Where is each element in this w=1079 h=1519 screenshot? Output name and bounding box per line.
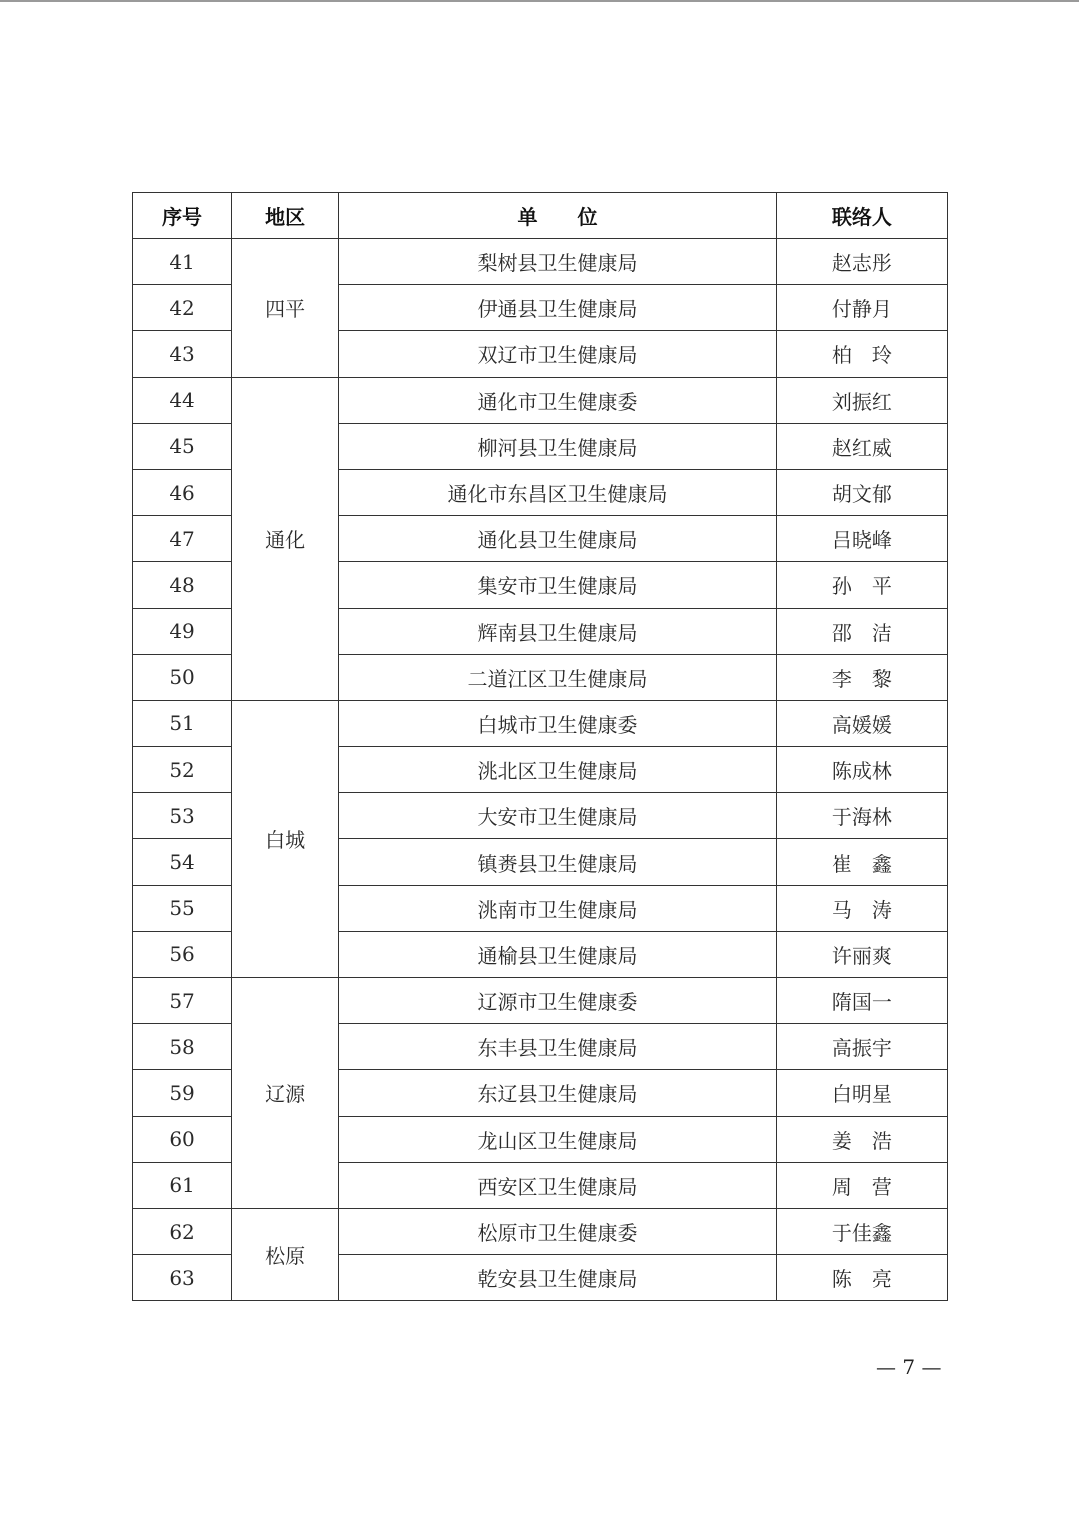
cell-no: 63 [133,1255,232,1301]
table-row: 57辽源辽源市卫生健康委隋国一 [133,978,948,1024]
cell-contact: 付静月 [776,285,947,331]
cell-unit: 西安区卫生健康局 [339,1162,777,1208]
cell-no: 43 [133,331,232,377]
cell-unit: 集安市卫生健康局 [339,562,777,608]
cell-no: 50 [133,654,232,700]
cell-no: 46 [133,469,232,515]
cell-no: 56 [133,931,232,977]
cell-contact: 赵志彤 [776,239,947,285]
cell-contact: 隋国一 [776,978,947,1024]
table-header-row: 序号 地区 单 位 联络人 [133,193,948,239]
cell-contact: 高振宇 [776,1024,947,1070]
cell-no: 60 [133,1116,232,1162]
cell-no: 47 [133,516,232,562]
cell-unit: 通化市东昌区卫生健康局 [339,469,777,515]
cell-unit: 柳河县卫生健康局 [339,423,777,469]
cell-no: 52 [133,747,232,793]
page-top-rule [0,0,1079,2]
cell-no: 54 [133,839,232,885]
cell-contact: 刘振红 [776,377,947,423]
cell-region: 辽源 [232,978,339,1209]
cell-contact: 许丽爽 [776,931,947,977]
cell-unit: 洮北区卫生健康局 [339,747,777,793]
page-number: — 7 — [876,1355,941,1379]
cell-contact: 白明星 [776,1070,947,1116]
header-unit: 单 位 [339,193,777,239]
cell-unit: 大安市卫生健康局 [339,793,777,839]
cell-unit: 辽源市卫生健康委 [339,978,777,1024]
cell-unit: 洮南市卫生健康局 [339,885,777,931]
cell-unit: 二道江区卫生健康局 [339,654,777,700]
cell-contact: 陈 亮 [776,1255,947,1301]
cell-contact: 赵红威 [776,423,947,469]
cell-contact: 于海林 [776,793,947,839]
table-row: 41四平梨树县卫生健康局赵志彤 [133,239,948,285]
header-no: 序号 [133,193,232,239]
cell-unit: 通化市卫生健康委 [339,377,777,423]
cell-contact: 孙 平 [776,562,947,608]
cell-contact: 陈成林 [776,747,947,793]
table-row: 51白城白城市卫生健康委高媛媛 [133,700,948,746]
cell-no: 49 [133,608,232,654]
cell-no: 41 [133,239,232,285]
cell-no: 42 [133,285,232,331]
cell-no: 58 [133,1024,232,1070]
cell-contact: 姜 浩 [776,1116,947,1162]
cell-no: 53 [133,793,232,839]
header-region: 地区 [232,193,339,239]
cell-region: 白城 [232,700,339,977]
cell-unit: 梨树县卫生健康局 [339,239,777,285]
header-contact: 联络人 [776,193,947,239]
cell-unit: 辉南县卫生健康局 [339,608,777,654]
contact-table: 序号 地区 单 位 联络人 41四平梨树县卫生健康局赵志彤42伊通县卫生健康局付… [132,192,948,1301]
cell-no: 57 [133,978,232,1024]
cell-unit: 通榆县卫生健康局 [339,931,777,977]
cell-contact: 胡文郁 [776,469,947,515]
cell-no: 51 [133,700,232,746]
cell-region: 通化 [232,377,339,700]
cell-unit: 龙山区卫生健康局 [339,1116,777,1162]
cell-contact: 李 黎 [776,654,947,700]
cell-unit: 镇赉县卫生健康局 [339,839,777,885]
cell-unit: 双辽市卫生健康局 [339,331,777,377]
cell-contact: 吕晓峰 [776,516,947,562]
cell-region: 四平 [232,239,339,378]
cell-contact: 于佳鑫 [776,1208,947,1254]
cell-no: 62 [133,1208,232,1254]
cell-contact: 高媛媛 [776,700,947,746]
cell-contact: 邵 洁 [776,608,947,654]
cell-unit: 东丰县卫生健康局 [339,1024,777,1070]
table-body: 41四平梨树县卫生健康局赵志彤42伊通县卫生健康局付静月43双辽市卫生健康局柏 … [133,239,948,1301]
cell-contact: 马 涛 [776,885,947,931]
cell-no: 61 [133,1162,232,1208]
table-row: 62松原松原市卫生健康委于佳鑫 [133,1208,948,1254]
cell-unit: 松原市卫生健康委 [339,1208,777,1254]
cell-region: 松原 [232,1208,339,1300]
cell-unit: 乾安县卫生健康局 [339,1255,777,1301]
cell-no: 48 [133,562,232,608]
cell-unit: 白城市卫生健康委 [339,700,777,746]
cell-no: 55 [133,885,232,931]
cell-contact: 柏 玲 [776,331,947,377]
cell-no: 44 [133,377,232,423]
cell-contact: 周 营 [776,1162,947,1208]
cell-no: 45 [133,423,232,469]
cell-unit: 通化县卫生健康局 [339,516,777,562]
cell-contact: 崔 鑫 [776,839,947,885]
cell-unit: 东辽县卫生健康局 [339,1070,777,1116]
cell-no: 59 [133,1070,232,1116]
cell-unit: 伊通县卫生健康局 [339,285,777,331]
table-row: 44通化通化市卫生健康委刘振红 [133,377,948,423]
